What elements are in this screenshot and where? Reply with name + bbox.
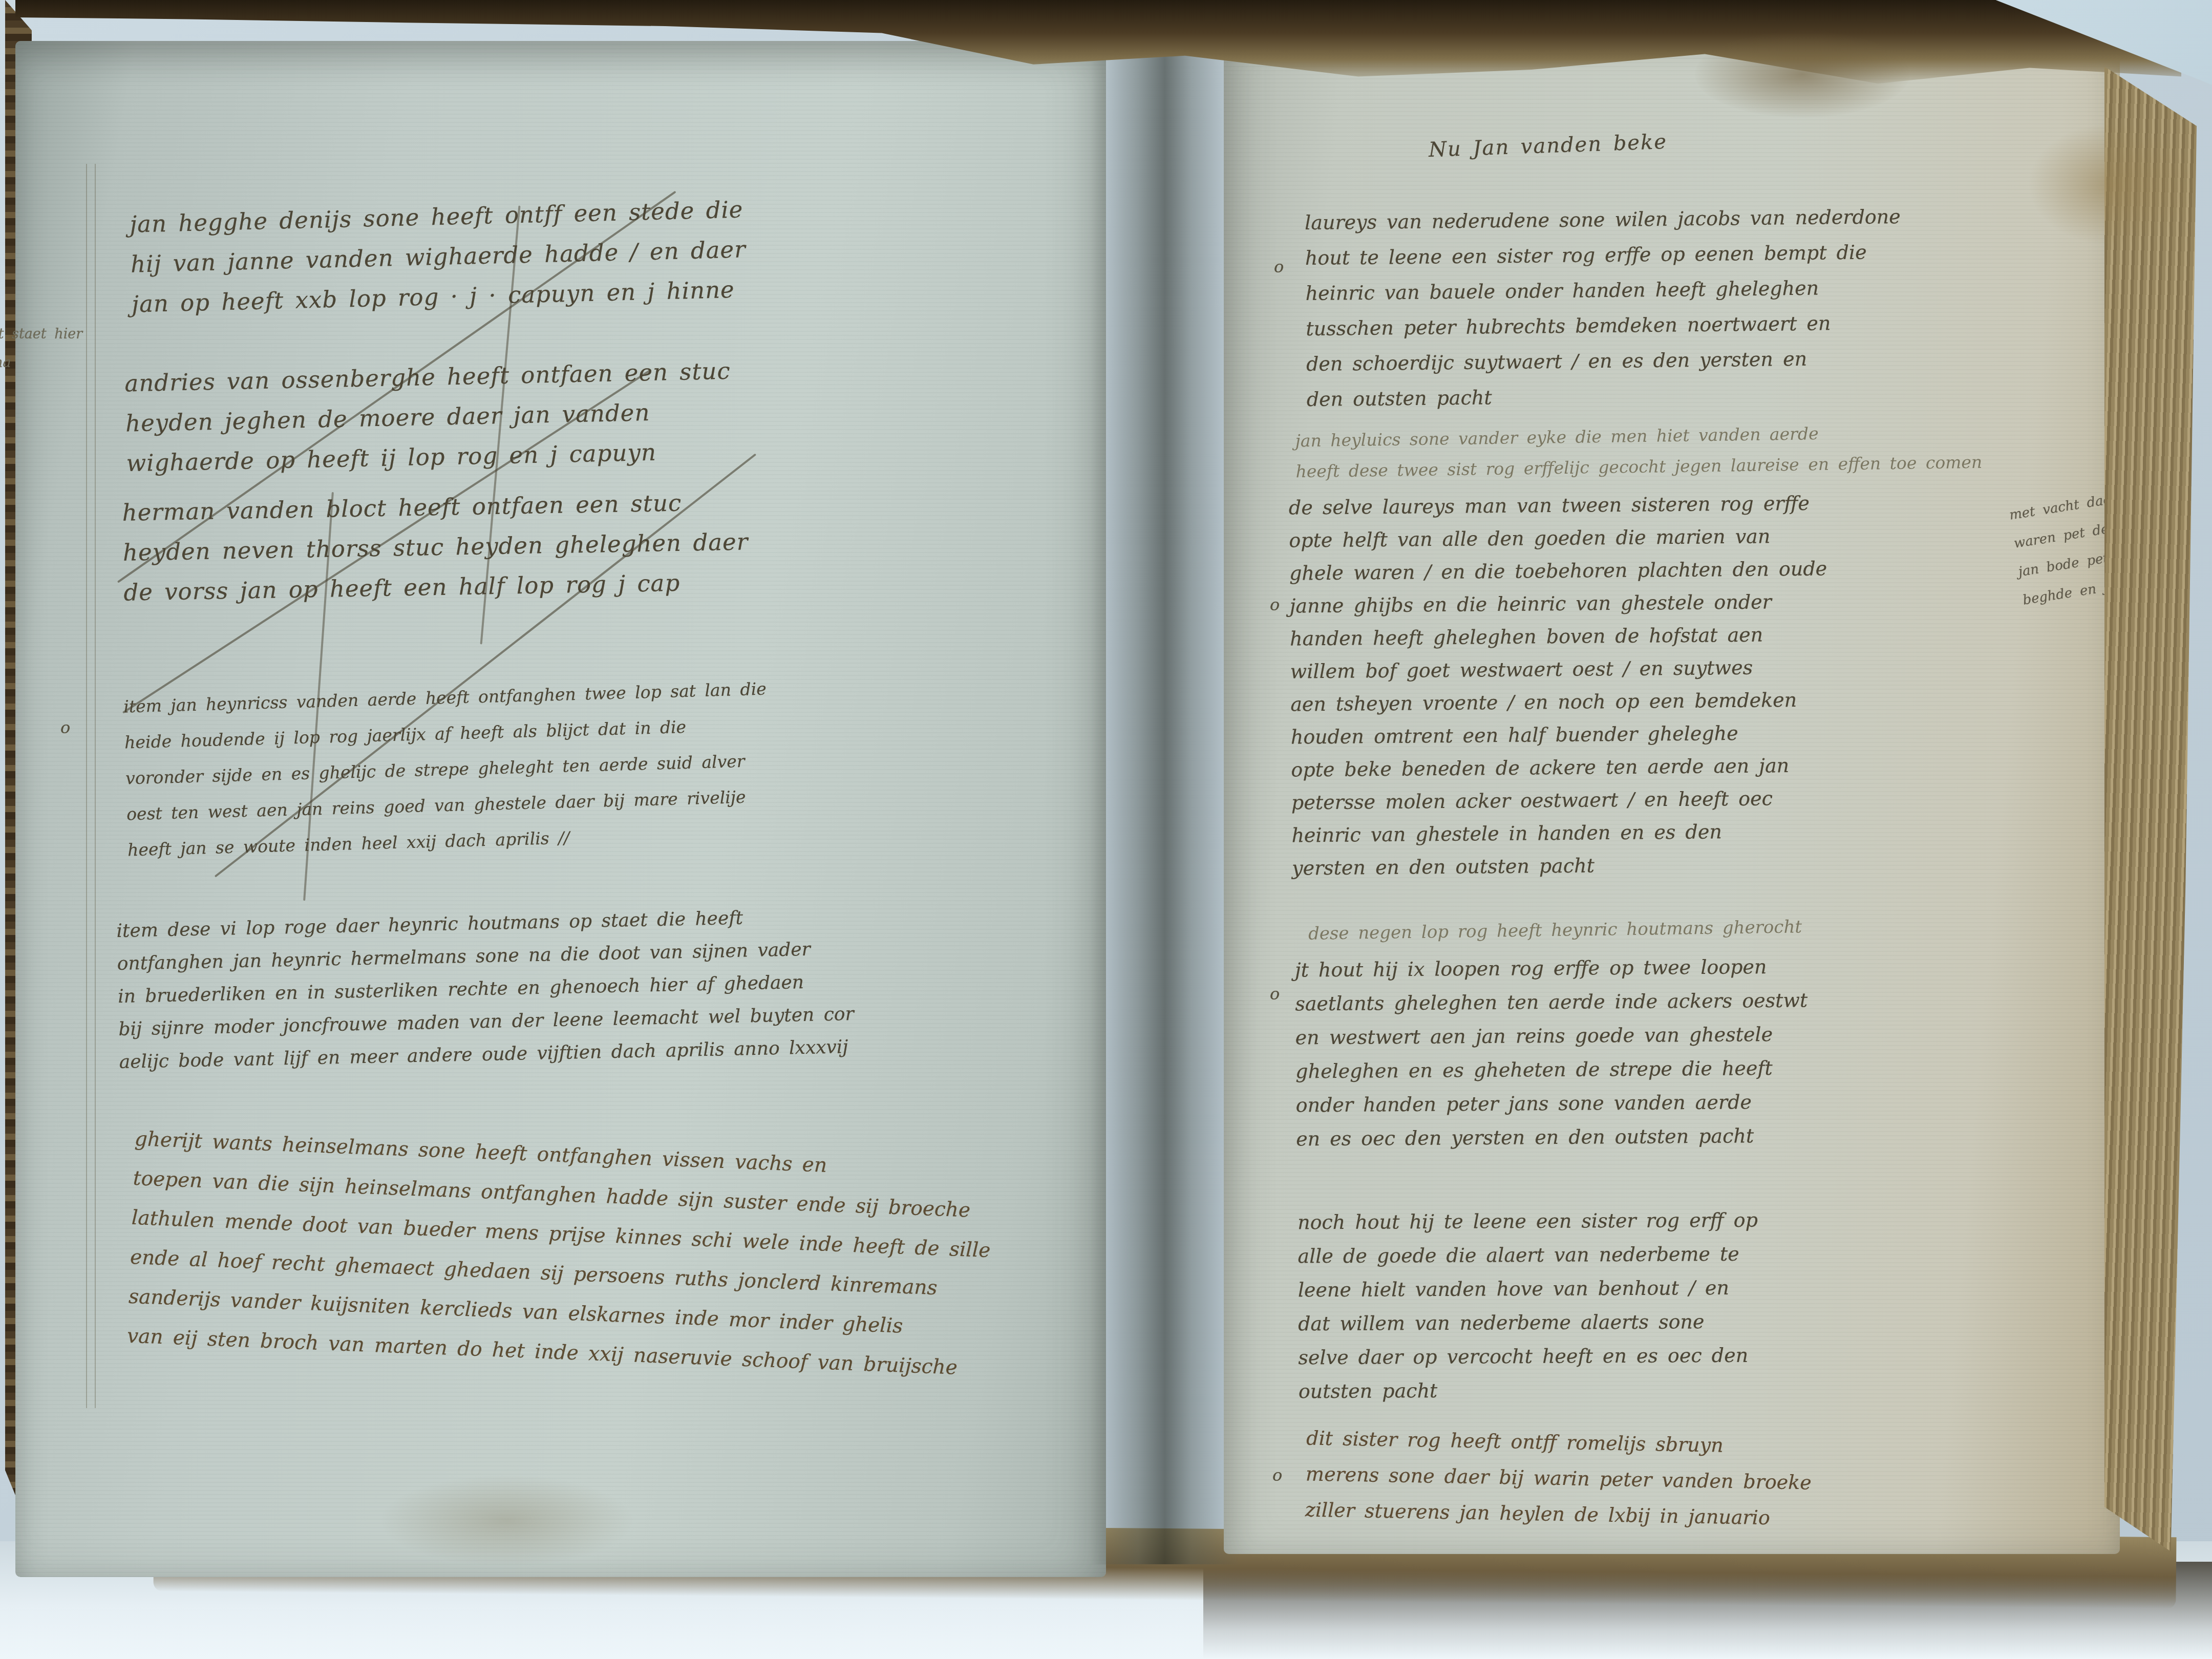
right-fore-edge <box>2104 67 2197 1551</box>
text-line: janne ghijbs en die heinric van ghestele… <box>1289 585 1827 622</box>
paper-stain <box>379 1475 635 1567</box>
manuscript-entry: de selve laureys man van tween sisteren … <box>1289 486 1830 884</box>
text-line: tusschen peter hubrechts bemdeken noertw… <box>1306 305 1902 347</box>
text-line: alle de goede die alaert van nederbeme t… <box>1298 1237 1758 1273</box>
text-line: jt hout hij ix loopen rog erffe op twee … <box>1295 950 1807 987</box>
text-line: den schoerdijc suytwaert / en es den yer… <box>1306 341 1902 382</box>
text-line: outsten pacht <box>1299 1372 1759 1409</box>
text-line: willem bof goet westwaert oest / en suyt… <box>1290 650 1828 688</box>
text-line: ghele waren / en die toebehoren plachten… <box>1289 552 1827 589</box>
manuscript-entry: item dese vi lop roge daer heynric houtm… <box>116 900 855 1079</box>
section-heading: Nu Jan vanden beke <box>1428 130 1667 162</box>
annotation-o-mark: o <box>60 718 70 737</box>
left-page: it staet hierna jan hegghe denijs sone h… <box>15 41 1106 1577</box>
margin-note: it staet hierna <box>0 320 91 377</box>
paper-stain <box>1695 31 1910 118</box>
annotation-o-mark: o <box>1272 1465 1282 1485</box>
text-line: it staet hier <box>0 320 91 349</box>
text-line: noch hout hij te leene een sister rog er… <box>1298 1203 1758 1240</box>
text-line: heinric van bauele onder handen heeft gh… <box>1305 270 1901 311</box>
text-line: opte beke beneden de ackere ten aerde ae… <box>1291 749 1829 786</box>
annotation-o-mark: o <box>1270 595 1280 614</box>
manuscript-entry: jan heyluics sone vander eyke die men hi… <box>1295 416 1982 487</box>
margin-rule <box>95 164 96 1408</box>
text-line: handen heeft gheleghen boven de hofstat … <box>1290 618 1828 655</box>
manuscript-entry: dese negen lop rog heeft heynric houtman… <box>1308 912 1802 948</box>
text-line: onder handen peter jans sone vanden aerd… <box>1295 1085 1808 1122</box>
right-page: 70 Nu Jan vanden beke laureys van nederu… <box>1224 26 2120 1554</box>
text-line: na <box>0 349 91 377</box>
manuscript-entry: herman vanden bloct heeft ontfaen een st… <box>122 482 749 612</box>
manuscript-entry: dit sister rog heeft ontff romelijs sbru… <box>1305 1420 1812 1536</box>
manuscript-entry: andries van ossenberghe heeft ontfaen ee… <box>124 351 733 484</box>
text-line: leene hielt vanden hove van benhout / en <box>1298 1271 1758 1307</box>
text-line: en es oec den yersten en den outsten pac… <box>1296 1119 1809 1156</box>
photo-backdrop: it staet hierna jan hegghe denijs sone h… <box>0 0 2212 1659</box>
text-line: dese negen lop rog heeft heynric houtman… <box>1308 912 1802 948</box>
text-line: heinric van ghestele in handen en es den <box>1291 814 1830 852</box>
manuscript-entry: noch hout hij te leene een sister rog er… <box>1298 1203 1759 1409</box>
text-line: laureys van nederudene sone wilen jacobs… <box>1305 199 1901 241</box>
paper-stain <box>2028 123 2197 246</box>
text-line: saetlants gheleghen ten aerde inde acker… <box>1295 984 1807 1021</box>
gutter-shadow <box>1091 23 1239 1564</box>
manuscript-entry: jan hegghe denijs sone heeft ontff een s… <box>129 189 747 324</box>
text-line: gheleghen en es gheheten de strepe die h… <box>1295 1051 1808 1089</box>
text-line: selve daer op vercocht heeft en es oec d… <box>1298 1338 1758 1375</box>
annotation-o-mark: o <box>1270 984 1280 1004</box>
text-line: hout te leene een sister rog erffe op ee… <box>1305 235 1901 276</box>
text-line: petersse molen acker oestwaert / en heef… <box>1291 781 1830 819</box>
manuscript-entry: jt hout hij ix loopen rog erffe op twee … <box>1295 950 1809 1156</box>
text-line: en westwert aen jan reins goede van ghes… <box>1295 1017 1808 1055</box>
annotation-o-mark: o <box>1274 257 1284 276</box>
text-line: opte helft van alle den goeden die marie… <box>1289 519 1827 557</box>
text-line: yersten en den outsten pacht <box>1292 847 1830 884</box>
text-line: den outsten pacht <box>1306 376 1902 417</box>
manuscript-entry: gherijt wants heinselmans sone heeft ont… <box>126 1119 994 1389</box>
text-line: houden omtrent een half buender gheleghe <box>1291 716 1829 753</box>
text-line: dat willem van nederbeme alaerts sone <box>1298 1305 1758 1341</box>
manuscript-entry: item jan heynricss vanden aerde heeft on… <box>123 671 771 868</box>
text-line: de selve laureys man van tween sisteren … <box>1289 486 1827 524</box>
manuscript-entry: laureys van nederudene sone wilen jacobs… <box>1305 199 1903 417</box>
text-line: aen tsheyen vroente / en noch op een bem… <box>1290 683 1828 720</box>
